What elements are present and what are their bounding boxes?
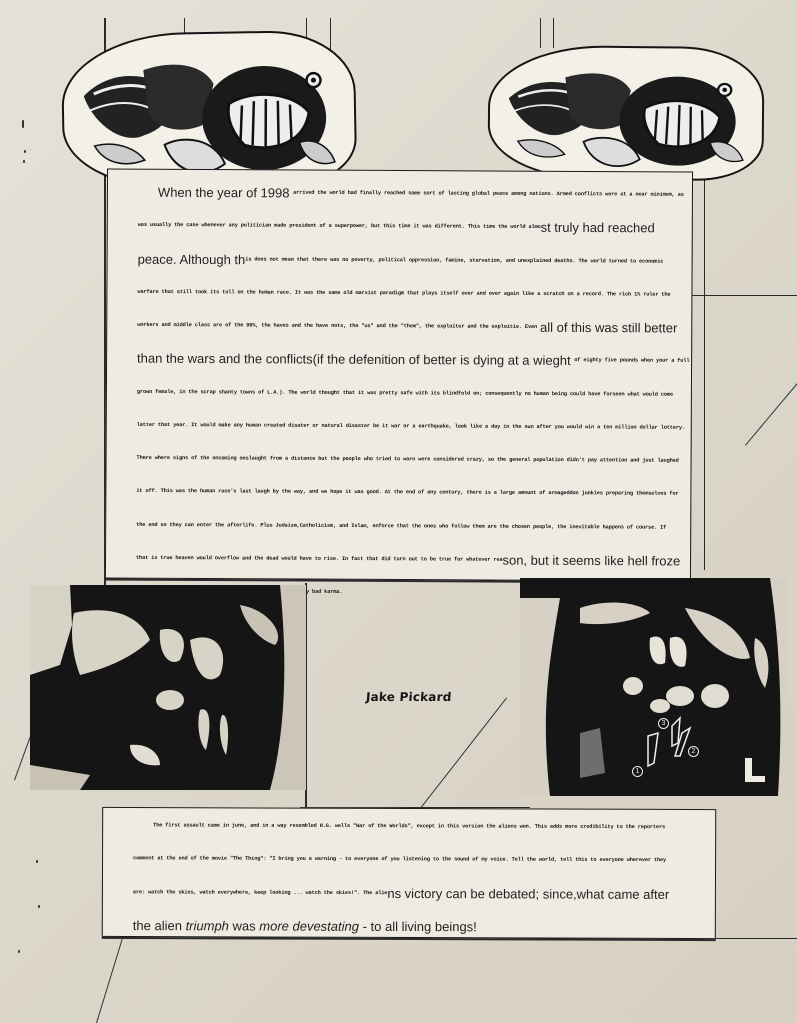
text-line: comment at the end of the movie "The Thi… bbox=[133, 842, 707, 877]
text-line: than the wars and the conflicts(if the d… bbox=[137, 342, 681, 378]
large-text-run: triumph bbox=[186, 918, 229, 933]
large-text-run: When the year of 1998 bbox=[158, 185, 293, 201]
margin-mark bbox=[36, 860, 38, 863]
large-text-run: the alien bbox=[133, 918, 186, 933]
large-text-run: was bbox=[229, 918, 259, 933]
monster-drawing-icon bbox=[63, 31, 356, 188]
second-story-box: The first assault came in june, and in a… bbox=[102, 807, 716, 939]
small-text-run: warfare that still took its toll on the … bbox=[137, 289, 670, 298]
small-text-run: are: watch the skies, watch everywhere, … bbox=[133, 889, 387, 896]
text-line: workers and middle class are of the 99%,… bbox=[137, 309, 681, 345]
monster-illustration-right bbox=[487, 45, 764, 181]
main-story-text: When the year of 1998 arrived the world … bbox=[106, 169, 692, 611]
large-text-run: - to all living beings! bbox=[359, 919, 477, 934]
small-text-run: the end so they can enter the afterlife.… bbox=[136, 522, 666, 531]
large-text-run: son, but it seems like hell froze bbox=[502, 552, 680, 568]
small-text-run: of eighty five pounds when your a full bbox=[574, 358, 689, 365]
large-text-run: than the wars and the conflicts(if the d… bbox=[137, 351, 574, 368]
small-text-run: There where signs of the oncoming onslau… bbox=[137, 455, 679, 464]
text-line: that is true heaven would overflow and t… bbox=[136, 542, 680, 578]
layout-rule bbox=[540, 18, 541, 48]
second-story-text: The first assault came in june, and in a… bbox=[103, 808, 715, 944]
monster-drawing-icon bbox=[489, 47, 762, 179]
margin-mark bbox=[18, 950, 20, 953]
layout-rule bbox=[704, 160, 705, 570]
small-text-run: arrived the world had finally reached so… bbox=[293, 190, 684, 198]
large-text-run: peace. Although th bbox=[138, 251, 246, 267]
layout-rule bbox=[553, 18, 554, 48]
margin-mark bbox=[38, 905, 40, 908]
large-text-run: all of this was still better bbox=[540, 320, 677, 336]
alien-photo-right: 3 2 1 bbox=[520, 578, 788, 796]
text-line: warfare that still took its toll on the … bbox=[137, 275, 681, 311]
margin-mark bbox=[24, 150, 26, 153]
text-line: When the year of 1998 arrived the world … bbox=[138, 176, 682, 212]
monster-illustration-left bbox=[61, 29, 358, 190]
alien-face-photo-icon bbox=[30, 585, 306, 790]
small-text-run: latter that year. It would make any huma… bbox=[137, 422, 685, 431]
large-text-run: more devestating bbox=[259, 918, 359, 933]
text-line: latter that year. It would make any huma… bbox=[137, 408, 681, 444]
layout-diagonal bbox=[745, 353, 797, 446]
layout-diagonal bbox=[420, 698, 507, 809]
small-text-run: comment at the end of the movie "The Thi… bbox=[133, 856, 666, 864]
small-text-run: The first assault came in june, and in a… bbox=[153, 822, 665, 830]
layout-rule bbox=[690, 295, 797, 296]
author-name: Jake Pickard bbox=[366, 690, 453, 704]
alien-photo-left bbox=[30, 585, 306, 790]
large-text-run: ns victory can be debated; since,what ca… bbox=[387, 885, 669, 901]
small-text-run: was usually the case whenever any politi… bbox=[138, 222, 541, 230]
text-line: it off. This was the human race's last l… bbox=[136, 475, 680, 511]
callout-1-icon: 1 bbox=[632, 766, 643, 777]
large-text-run: st truly had reached bbox=[541, 220, 655, 236]
text-line: are: watch the skies, watch everywhere, … bbox=[133, 876, 707, 911]
small-text-run: that is true heaven would overflow and t… bbox=[136, 555, 502, 563]
text-line: the alien triumph was more devestating -… bbox=[133, 909, 707, 944]
alien-face-annotated-photo-icon bbox=[520, 578, 788, 796]
text-line: There where signs of the oncoming onslau… bbox=[136, 442, 680, 478]
text-line: peace. Although this does not mean that … bbox=[138, 242, 682, 278]
text-line: The first assault came in june, and in a… bbox=[133, 809, 707, 844]
text-line: was usually the case whenever any politi… bbox=[138, 209, 682, 245]
small-text-run: it off. This was the human race's last l… bbox=[136, 488, 678, 497]
callout-2-icon: 2 bbox=[688, 746, 699, 757]
text-line: the end so they can enter the afterlife.… bbox=[136, 508, 680, 544]
small-text-run: workers and middle class are of the 99%,… bbox=[137, 322, 540, 330]
callout-3-icon: 3 bbox=[658, 718, 669, 729]
margin-mark bbox=[22, 120, 24, 128]
text-line: grown female, in the scrap shanty towns … bbox=[137, 375, 681, 411]
small-text-run: grown female, in the scrap shanty towns … bbox=[137, 388, 673, 397]
small-text-run: is does not mean that there was no pover… bbox=[245, 256, 663, 264]
main-story-box: When the year of 1998 arrived the world … bbox=[105, 168, 693, 581]
margin-mark bbox=[23, 160, 25, 163]
